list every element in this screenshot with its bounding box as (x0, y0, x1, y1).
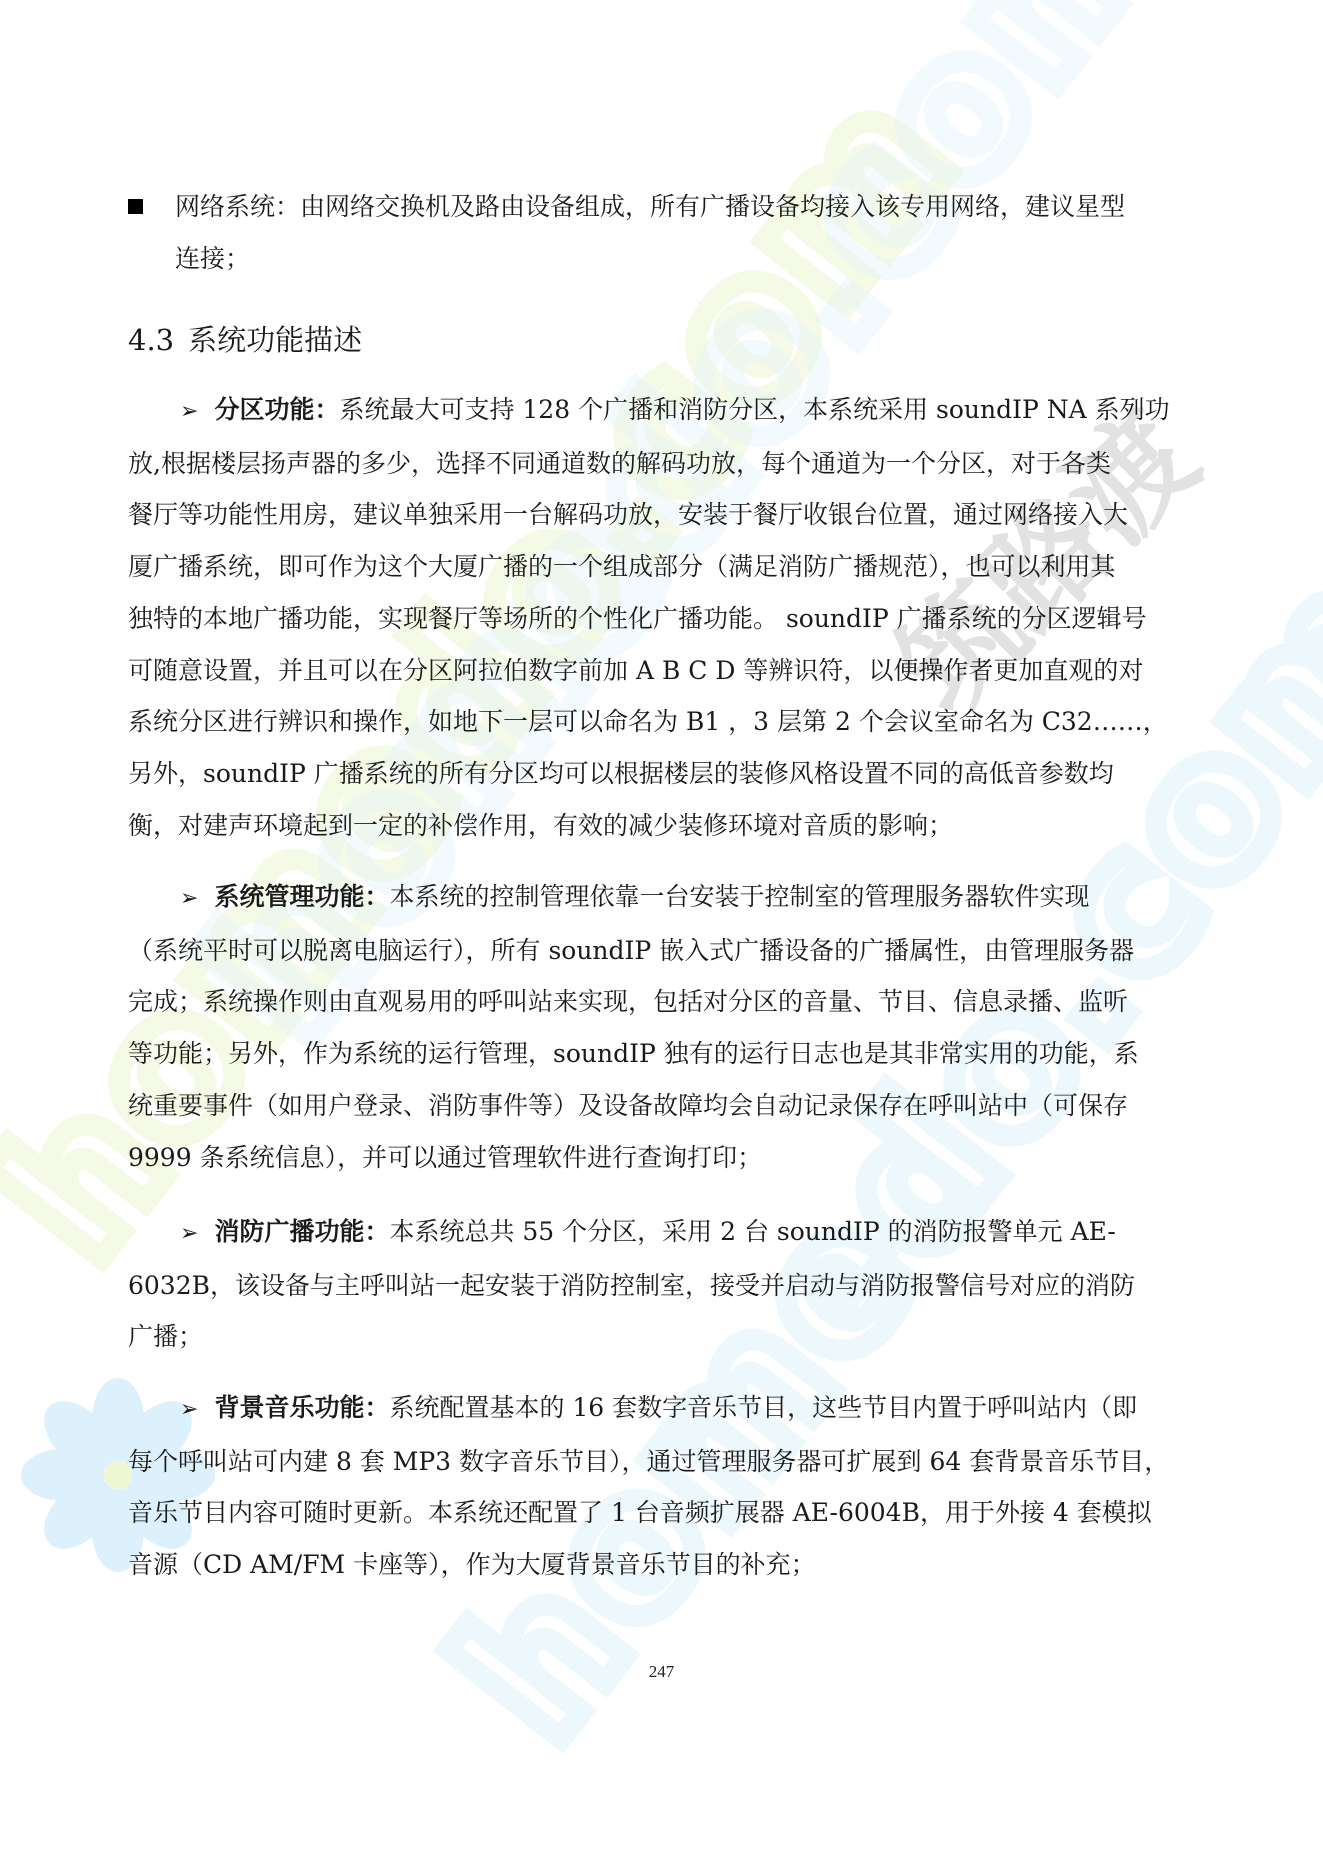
feature-line: 每个呼叫站可内建 8 套 MP3 数字音乐节目），通过管理服务器可扩展到 64 … (128, 1436, 1196, 1488)
feature-line: 可随意设置，并且可以在分区阿拉伯数字前加 A B C D 等辨识符，以便操作者更… (128, 645, 1196, 697)
feature-line: 等功能；另外，作为系统的运行管理，soundIP 独有的运行日志也是其非常实用的… (128, 1028, 1196, 1080)
feature-line: 9999 条系统信息），并可以通过管理软件进行查询打印； (128, 1132, 1196, 1184)
feature-zoning: ➢分区功能：系统最大可支持 128 个广播和消防分区，本系统采用 soundIP… (128, 384, 1196, 851)
feature-first-line: ➢系统管理功能：本系统的控制管理依靠一台安装于控制室的管理服务器软件实现 (128, 871, 1196, 925)
feature-fire-broadcast: ➢消防广播功能：本系统总共 55 个分区，采用 2 台 soundIP 的消防报… (128, 1206, 1196, 1363)
feature-line: 厦广播系统，即可作为这个大厦广播的一个组成部分（满足消防广播规范），也可以利用其 (128, 541, 1196, 593)
section-heading: 4.3系统功能描述 (128, 322, 362, 358)
feature-label: 系统管理功能： (214, 882, 389, 911)
feature-first-line: ➢背景音乐功能：系统配置基本的 16 套数字音乐节目，这些节目内置于呼叫站内（即 (128, 1382, 1196, 1436)
feature-line: （系统平时可以脱离电脑运行），所有 soundIP 嵌入式广播设备的广播属性，由… (128, 925, 1196, 977)
feature-line: 餐厅等功能性用房，建议单独采用一台解码功放，安装于餐厅收银台位置，通过网络接入大 (128, 489, 1196, 541)
feature-line: 6032B，该设备与主呼叫站一起安装于消防控制室，接受并启动与消防报警信号对应的… (128, 1260, 1196, 1312)
feature-line: 音乐节目内容可随时更新。本系统还配置了 1 台音频扩展器 AE-6004B，用于… (128, 1487, 1196, 1539)
network-item-line-2: 连接； (175, 244, 250, 274)
feature-system-management: ➢系统管理功能：本系统的控制管理依靠一台安装于控制室的管理服务器软件实现 （系统… (128, 871, 1196, 1183)
feature-line: 音源（CD AM/FM 卡座等），作为大厦背景音乐节目的补充； (128, 1539, 1196, 1591)
network-item-line-1: 网络系统：由网络交换机及路由设备组成，所有广播设备均接入该专用网络，建议星型 (175, 192, 1125, 222)
feature-first-line: ➢分区功能：系统最大可支持 128 个广播和消防分区，本系统采用 soundIP… (128, 384, 1196, 438)
feature-line: 系统分区进行辨识和操作，如地下一层可以命名为 B1 ，3 层第 2 个会议室命名… (128, 696, 1196, 748)
feature-label: 消防广播功能： (214, 1217, 389, 1246)
feature-background-music: ➢背景音乐功能：系统配置基本的 16 套数字音乐节目，这些节目内置于呼叫站内（即… (128, 1382, 1196, 1591)
feature-line: 完成；系统操作则由直观易用的呼叫站来实现，包括对分区的音量、节目、信息录播、监听 (128, 976, 1196, 1028)
feature-line: 另外，soundIP 广播系统的所有分区均可以根据楼层的装修风格设置不同的高低音… (128, 748, 1196, 800)
arrow-bullet-icon: ➢ (180, 1208, 198, 1260)
arrow-bullet-icon: ➢ (180, 1384, 198, 1436)
feature-label: 背景音乐功能： (214, 1393, 389, 1422)
arrow-bullet-icon: ➢ (180, 386, 198, 438)
arrow-bullet-icon: ➢ (180, 873, 198, 925)
feature-line: 统重要事件（如用户登录、消防事件等）及设备故障均会自动记录保存在呼叫站中（可保存 (128, 1080, 1196, 1132)
feature-label: 分区功能： (214, 395, 339, 424)
section-title: 系统功能描述 (188, 323, 362, 357)
feature-line: 衡，对建声环境起到一定的补偿作用，有效的减少装修环境对音质的影响； (128, 800, 1196, 852)
feature-line: 放,根据楼层扬声器的多少，选择不同通道数的解码功放，每个通道为一个分区，对于各类 (128, 438, 1196, 490)
feature-first-line: ➢消防广播功能：本系统总共 55 个分区，采用 2 台 soundIP 的消防报… (128, 1206, 1196, 1260)
document-page: 网络系统：由网络交换机及路由设备组成，所有广播设备均接入该专用网络，建议星型 连… (0, 0, 1323, 1871)
square-bullet-icon (128, 199, 143, 214)
page-number: 247 (0, 1662, 1323, 1682)
feature-line: 广播； (128, 1311, 1196, 1363)
feature-line: 独特的本地广播功能，实现餐厅等场所的个性化广播功能。 soundIP 广播系统的… (128, 593, 1196, 645)
section-number: 4.3 (128, 323, 174, 357)
